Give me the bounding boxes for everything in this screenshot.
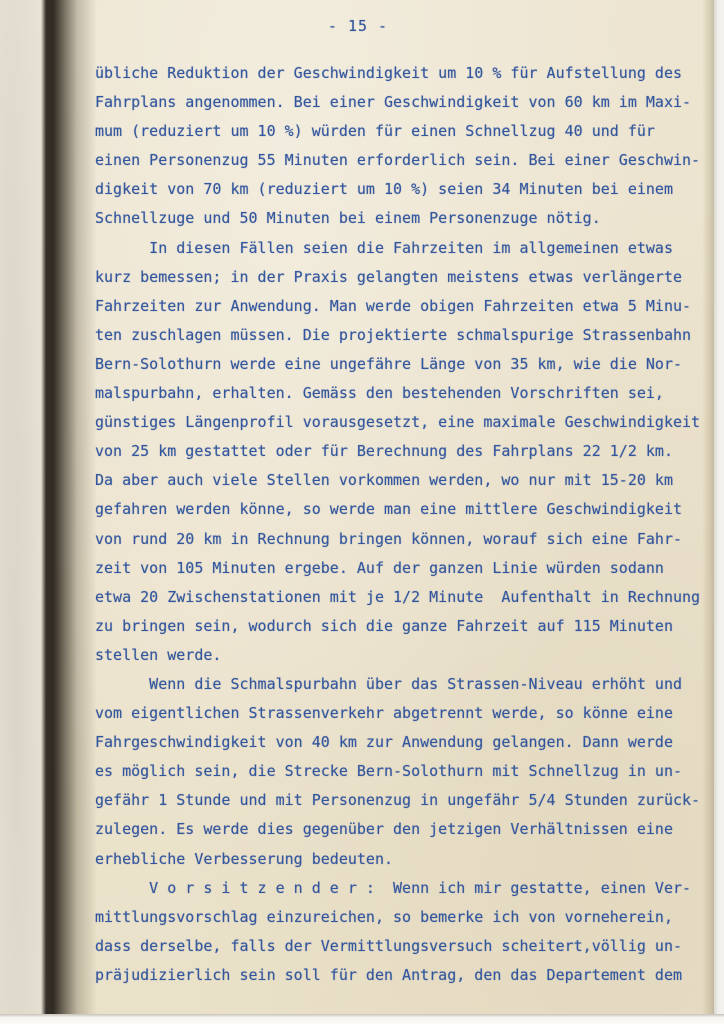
scanned-document: - 15 - übliche Reduktion der Geschwindig…: [0, 0, 724, 1024]
text-line: V o r s i t z e n d e r : Wenn ich mir g…: [95, 874, 699, 903]
text-line: es möglich sein, die Strecke Bern-Soloth…: [95, 757, 699, 786]
text-line: stellen werde.: [95, 641, 699, 670]
text-line: Fahrzeiten zur Anwendung. Man werde obig…: [95, 292, 699, 321]
text-line: zu bringen sein, wodurch sich die ganze …: [95, 612, 699, 641]
text-line: übliche Reduktion der Geschwindigkeit um…: [95, 59, 699, 88]
text-line: vom eigentlichen Strassenverkehr abgetre…: [95, 699, 699, 728]
scan-margin-bottom: [0, 1014, 724, 1024]
scan-margin-right: [714, 0, 724, 1014]
binding-shadow: [41, 0, 97, 1014]
text-block: übliche Reduktion der Geschwindigkeit um…: [95, 59, 699, 990]
text-line: dass derselbe, falls der Vermittlungsver…: [95, 932, 699, 961]
text-line: Fahrgeschwindigkeit von 40 km zur Anwend…: [95, 728, 699, 757]
text-line: Fahrplans angenommen. Bei einer Geschwin…: [95, 88, 699, 117]
text-line: Bern-Solothurn werde eine ungefähre Läng…: [95, 350, 699, 379]
text-line: mittlungsvorschlag einzureichen, so beme…: [95, 903, 699, 932]
text-line: günstiges Längenprofil vorausgesetzt, ei…: [95, 408, 699, 437]
text-line: erhebliche Verbesserung bedeuten.: [95, 845, 699, 874]
text-line: Schnellzuge und 50 Minuten bei einem Per…: [95, 204, 699, 233]
text-line: In diesen Fällen seien die Fahrzeiten im…: [95, 234, 699, 263]
text-line: mum (reduziert um 10 %) würden für einen…: [95, 117, 699, 146]
text-line: etwa 20 Zwischenstationen mit je 1/2 Min…: [95, 583, 699, 612]
text-line: gefähr 1 Stunde und mit Personenzug in u…: [95, 786, 699, 815]
page-right-edge: [702, 0, 714, 1014]
text-line: malspurbahn, erhalten. Gemäss den besteh…: [95, 379, 699, 408]
text-line: von 25 km gestattet oder für Berechnung …: [95, 437, 699, 466]
text-line: gefahren werden könne, so werde man eine…: [95, 495, 699, 524]
page-number: - 15 -: [27, 17, 689, 35]
text-line: Da aber auch viele Stellen vorkommen wer…: [95, 466, 699, 495]
text-line: von rund 20 km in Rechnung bringen könne…: [95, 525, 699, 554]
text-line: präjudizierlich sein soll für den Antrag…: [95, 961, 699, 990]
text-line: zeit von 105 Minuten ergebe. Auf der gan…: [95, 554, 699, 583]
text-line: Wenn die Schmalspurbahn über das Strasse…: [95, 670, 699, 699]
text-line: kurz bemessen; in der Praxis gelangten m…: [95, 263, 699, 292]
document-page: - 15 - übliche Reduktion der Geschwindig…: [52, 0, 714, 1014]
text-line: einen Personenzug 55 Minuten erforderlic…: [95, 146, 699, 175]
text-line: ten zuschlagen müssen. Die projektierte …: [95, 321, 699, 350]
text-line: digkeit von 70 km (reduziert um 10 %) se…: [95, 175, 699, 204]
text-line: zulegen. Es werde dies gegenüber den jet…: [95, 815, 699, 844]
